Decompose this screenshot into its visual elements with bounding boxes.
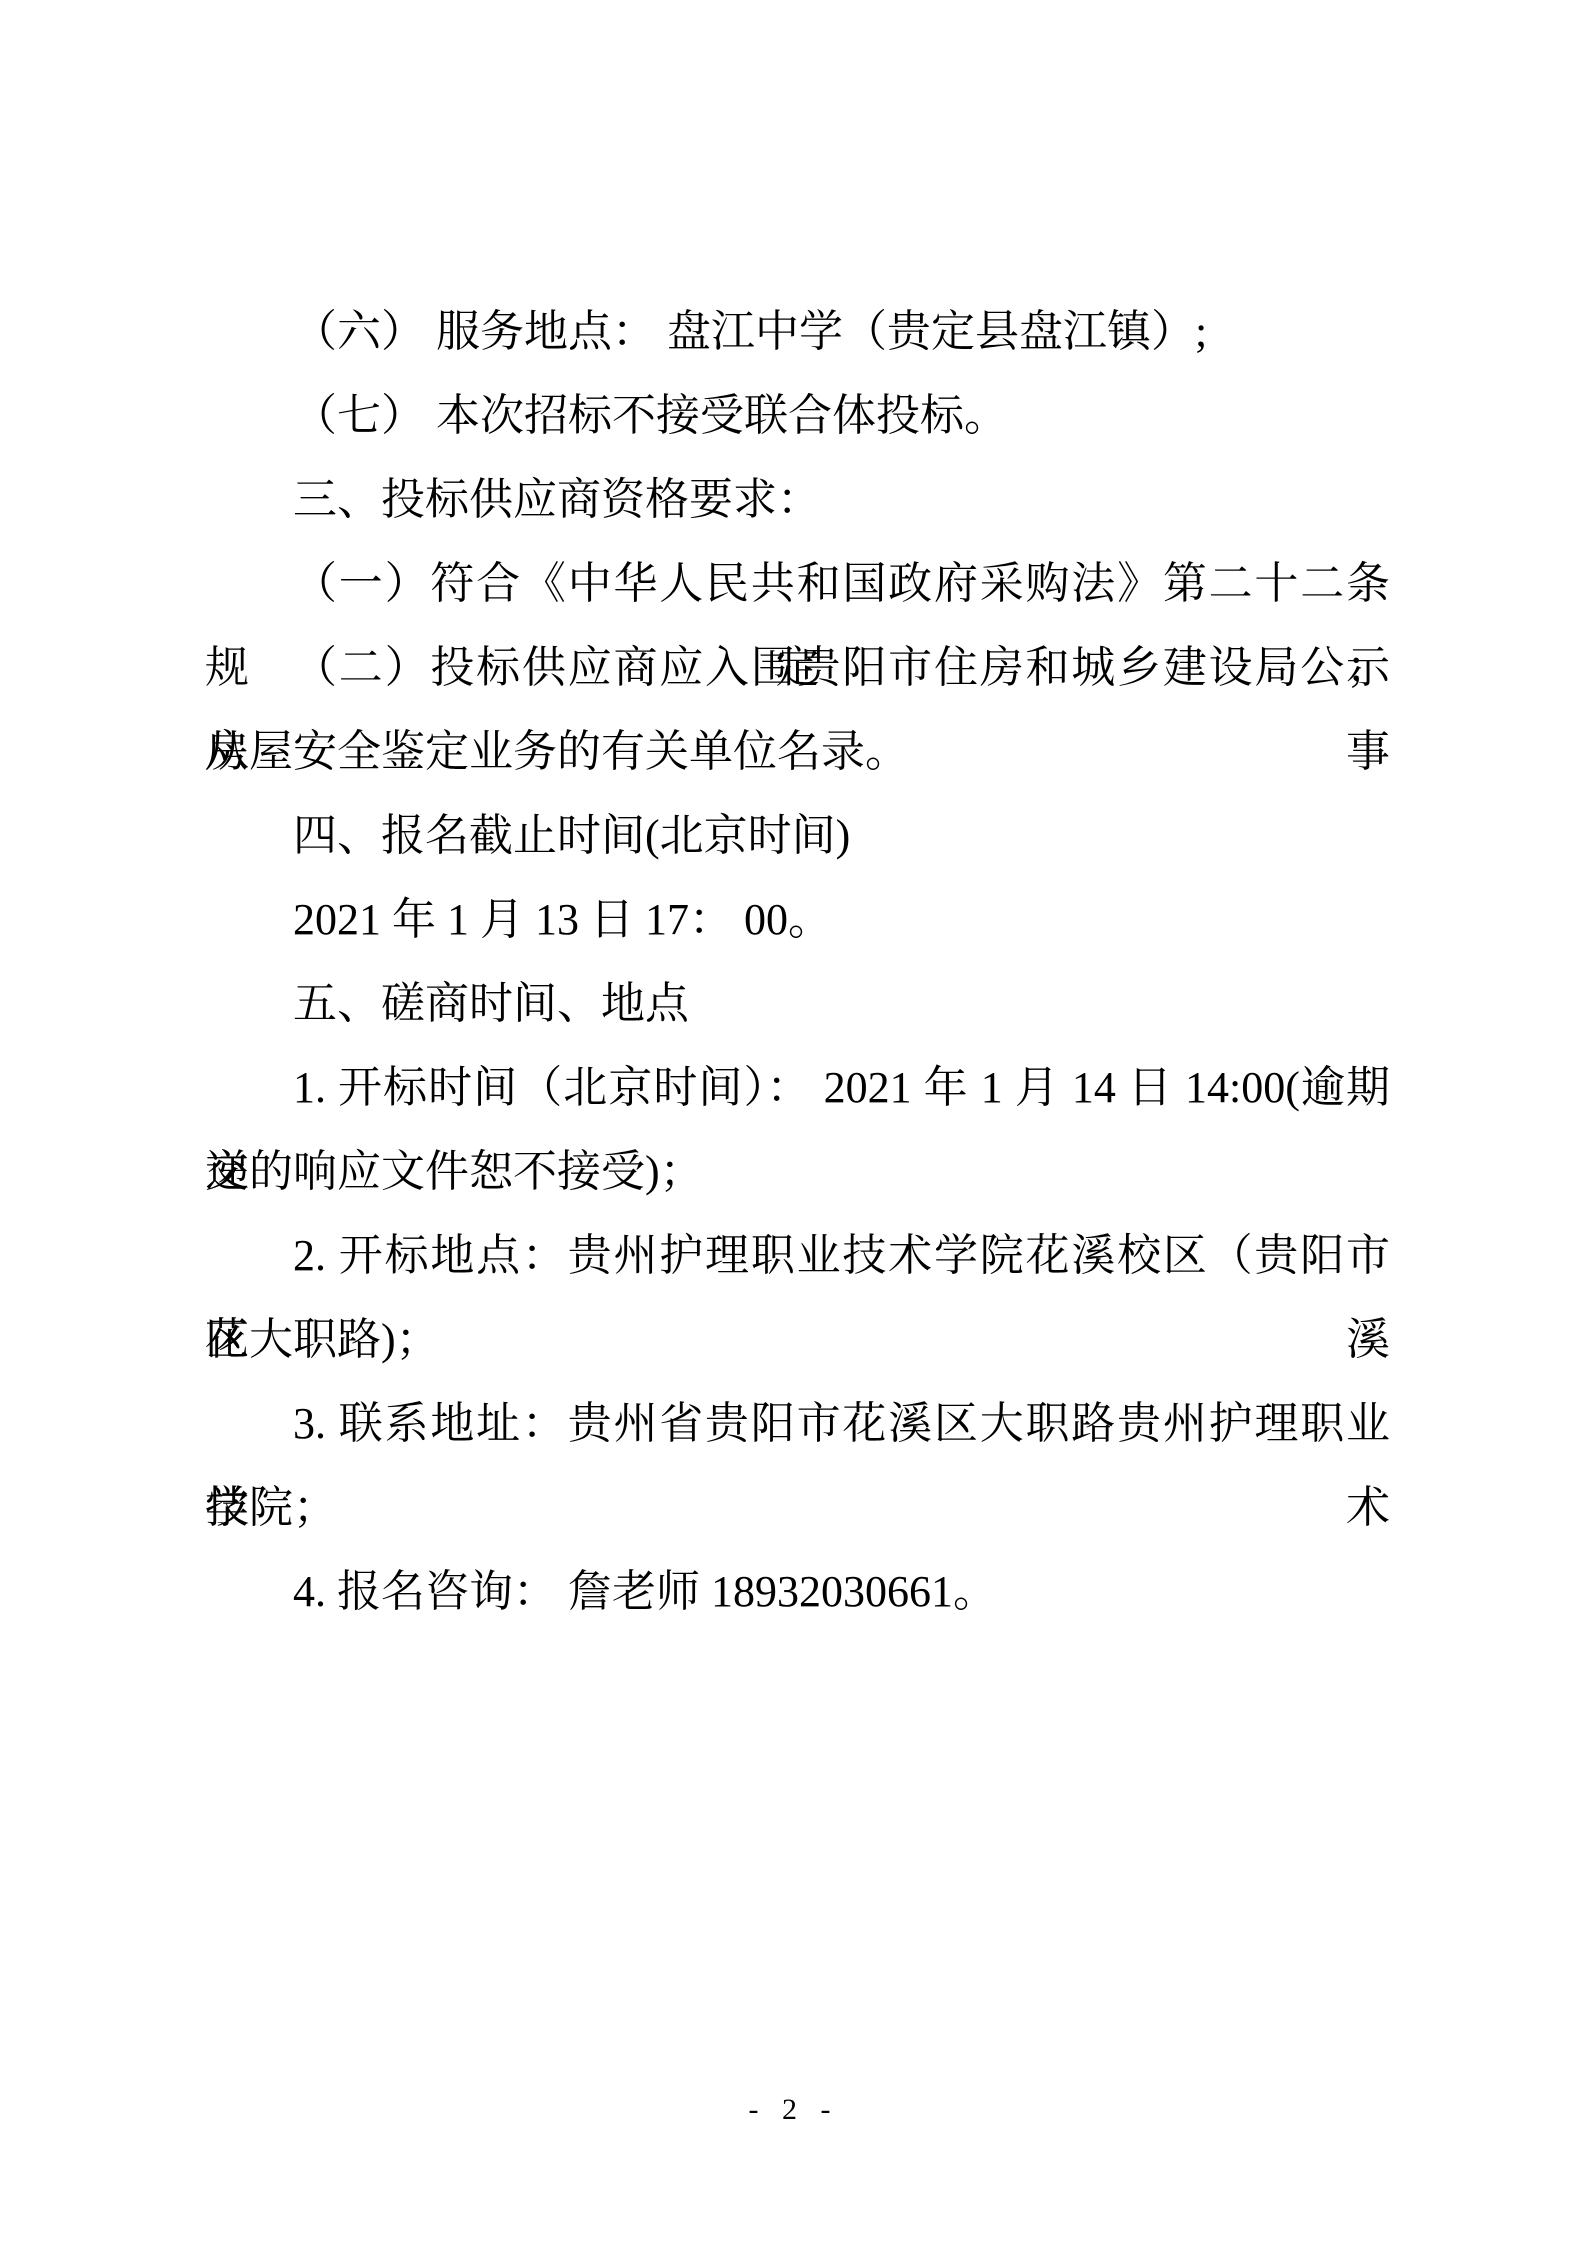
- text-line: 交的响应文件恕不接受)；: [205, 1130, 1390, 1214]
- text-line: 三、投标供应商资格要求：: [205, 458, 1390, 542]
- text-line: 2021 年 1 月 13 日 17： 00。: [205, 878, 1390, 962]
- text-line: 四、报名截止时间(北京时间): [205, 794, 1390, 878]
- text-line: 2. 开标地点：贵州护理职业技术学院花溪校区（贵阳市花溪: [205, 1214, 1390, 1298]
- page-number: - 2 -: [0, 2088, 1587, 2132]
- document-page: （六） 服务地点： 盘江中学（贵定县盘江镇）;（七） 本次招标不接受联合体投标。…: [0, 0, 1587, 2245]
- text-line: 3. 联系地址：贵州省贵阳市花溪区大职路贵州护理职业技术: [205, 1382, 1390, 1466]
- document-body: （六） 服务地点： 盘江中学（贵定县盘江镇）;（七） 本次招标不接受联合体投标。…: [205, 290, 1390, 1634]
- text-line: （六） 服务地点： 盘江中学（贵定县盘江镇）;: [205, 290, 1390, 374]
- text-line: （二）投标供应商应入围贵阳市住房和城乡建设局公示从事: [205, 626, 1390, 710]
- text-line: 五、磋商时间、地点: [205, 962, 1390, 1046]
- text-line: （一）符合《中华人民共和国政府采购法》第二十二条规定；: [205, 542, 1390, 626]
- text-line: 4. 报名咨询： 詹老师 18932030661。: [205, 1550, 1390, 1634]
- text-line: （七） 本次招标不接受联合体投标。: [205, 374, 1390, 458]
- text-line: 1. 开标时间（北京时间）： 2021 年 1 月 14 日 14:00(逾期递: [205, 1046, 1390, 1130]
